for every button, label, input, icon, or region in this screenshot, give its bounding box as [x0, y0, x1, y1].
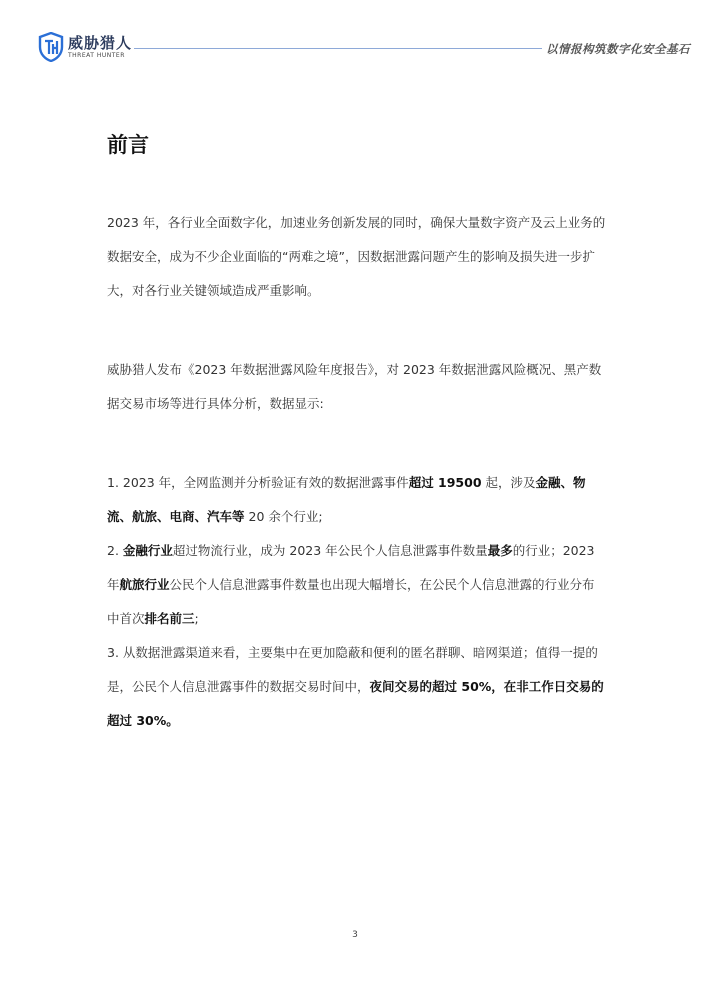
finding-item-1: 1. 2023 年，全网监测并分析验证有效的数据泄露事件超过 19500 起，涉… — [107, 466, 607, 534]
report-paragraph: 威胁猎人发布《2023 年数据泄露风险年度报告》，对 2023 年数据泄露风险概… — [107, 353, 607, 421]
text: 超过物流行业，成为 2023 年公民个人信息泄露事件数量 — [173, 543, 488, 558]
logo-name-cn: 威胁猎人 — [68, 35, 132, 52]
text: ; — [195, 611, 199, 626]
bold-text: 航旅行业 — [120, 577, 170, 592]
text: 1. 2023 年，全网监测并分析验证有效的数据泄露事件 — [107, 475, 409, 490]
header-tagline: 以情报构筑数字化安全基石 — [546, 41, 690, 57]
text: 20 余个行业; — [245, 509, 323, 524]
document-body: 2023 年，各行业全面数字化，加速业务创新发展的同时，确保大量数字资产及云上业… — [107, 206, 607, 738]
bold-text: 超过 19500 — [409, 475, 482, 490]
shield-logo-icon — [38, 32, 64, 62]
intro-paragraph: 2023 年，各行业全面数字化，加速业务创新发展的同时，确保大量数字资产及云上业… — [107, 206, 607, 308]
page-header: 威胁猎人 THREAT HUNTER 以情报构筑数字化安全基石 — [38, 32, 690, 66]
logo: 威胁猎人 THREAT HUNTER — [38, 32, 132, 62]
finding-item-3: 3. 从数据泄露渠道来看，主要集中在更加隐蔽和便利的匿名群聊、暗网渠道；值得一提… — [107, 636, 607, 738]
bold-text: 最多 — [488, 543, 513, 558]
header-divider — [134, 48, 542, 49]
page-title: 前言 — [107, 129, 149, 159]
text: 2. — [107, 543, 123, 558]
finding-item-2: 2. 金融行业超过物流行业，成为 2023 年公民个人信息泄露事件数量最多的行业… — [107, 534, 607, 636]
bold-text: 金融行业 — [123, 543, 173, 558]
bold-text: 排名前三 — [145, 611, 195, 626]
page-number: 3 — [0, 930, 710, 940]
text: 起，涉及 — [482, 475, 536, 490]
logo-name-en: THREAT HUNTER — [68, 52, 132, 60]
